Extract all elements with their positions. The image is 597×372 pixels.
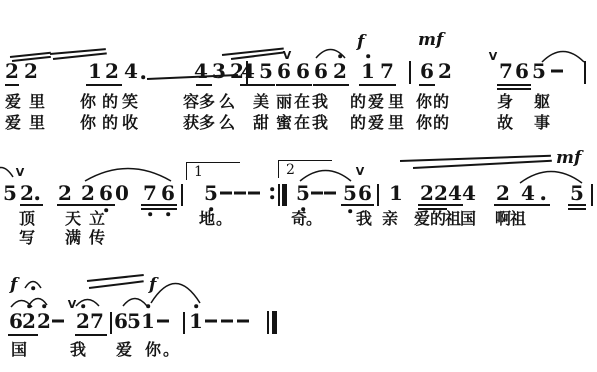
note-number: 6 xyxy=(99,182,113,204)
barline xyxy=(591,184,593,206)
note-number: 2 xyxy=(438,60,452,82)
slur-arc xyxy=(122,298,148,307)
lyric-char: 天 xyxy=(65,210,81,228)
barline xyxy=(584,61,586,84)
lyric-char: 。 xyxy=(306,210,322,228)
lyric-char: 里 xyxy=(388,114,404,132)
dynamic-mark: mf xyxy=(418,32,443,49)
beam-underline xyxy=(240,84,275,86)
lyric-char: 爱 xyxy=(5,114,21,132)
note-number: 6 xyxy=(515,60,529,82)
breath-mark: V xyxy=(16,167,25,178)
lyric-char: 的 xyxy=(430,210,446,228)
duration-dash xyxy=(324,192,336,195)
lyric-char: 的 xyxy=(433,114,449,132)
duration-dash xyxy=(237,320,249,323)
note-number: 3 xyxy=(212,60,226,82)
note-number: 6 xyxy=(277,60,291,82)
octave-dot xyxy=(141,75,145,79)
note-number: 6 xyxy=(358,182,372,204)
note-number: 7 xyxy=(499,60,513,82)
barline xyxy=(110,312,112,334)
barline xyxy=(377,184,379,206)
lyric-char: 事 xyxy=(534,114,550,132)
lyric-char: 我 xyxy=(312,93,328,111)
breath-mark: V xyxy=(356,166,365,177)
lyric-char: 躯 xyxy=(534,93,550,111)
note-number: 5 xyxy=(532,60,546,82)
music-score-page: 221244324566621762765fmfVV爱里你的笑容多么美丽在我的爱… xyxy=(0,0,597,372)
lyric-char: 么 xyxy=(219,93,235,111)
duration-dash xyxy=(52,320,64,323)
beam-underline xyxy=(8,334,38,336)
note-number: 1 xyxy=(189,310,203,332)
duration-dash xyxy=(220,192,232,195)
note-number: 1 xyxy=(88,60,102,82)
octave-dot xyxy=(348,209,352,213)
note-number: 7 xyxy=(90,310,104,332)
note-number: 2 xyxy=(420,182,434,204)
lyric-char: 丽 xyxy=(276,93,292,111)
hairpin-line xyxy=(89,280,144,288)
lyric-char: 爱 xyxy=(5,93,21,111)
lyric-char: 里 xyxy=(388,93,404,111)
lyric-char: 么 xyxy=(219,114,235,132)
note-number: 5 xyxy=(3,182,17,204)
dynamic-mark: mf xyxy=(556,150,581,167)
lyric-char: 的 xyxy=(433,93,449,111)
lyric-char: 在 xyxy=(294,114,310,132)
note-number: 2 xyxy=(105,60,119,82)
barline xyxy=(282,184,287,206)
lyric-char: 在 xyxy=(294,93,310,111)
octave-dot xyxy=(166,212,170,216)
barline xyxy=(181,184,183,206)
lyric-char: 多 xyxy=(199,114,215,132)
lyric-char: 获 xyxy=(183,114,199,132)
note-number: 1 xyxy=(361,60,375,82)
note-number: 6 xyxy=(420,60,434,82)
lyric-char: 亲 xyxy=(382,210,398,228)
lyric-char: 里 xyxy=(29,93,45,111)
beam-underline xyxy=(276,84,312,86)
volta-bracket: 1 xyxy=(186,162,240,180)
hairpin-line xyxy=(413,160,552,169)
duration-dash xyxy=(311,192,323,195)
lyric-char: 的 xyxy=(350,93,366,111)
beam-underline xyxy=(5,84,19,86)
note-number: 2 xyxy=(24,60,38,82)
duration-dash xyxy=(234,192,246,195)
beam-underline xyxy=(313,84,349,86)
slur-arc xyxy=(150,283,201,304)
duration-dash xyxy=(205,320,217,323)
note-number: 4 xyxy=(521,182,535,204)
barline xyxy=(183,312,185,334)
lyric-char: 身 xyxy=(497,93,513,111)
lyric-char: 爱 xyxy=(368,114,384,132)
lyric-char: 你 xyxy=(80,93,96,111)
breath-mark: V xyxy=(68,299,77,310)
octave-dot xyxy=(338,54,342,58)
volta-bracket: 2 xyxy=(278,160,332,178)
lyric-char: 祖 xyxy=(510,210,526,228)
note-number: 5 xyxy=(343,182,357,204)
lyric-char: 满 xyxy=(65,229,81,247)
note-number: 4 xyxy=(241,60,255,82)
octave-dot xyxy=(146,304,150,308)
lyric-char: 甜 xyxy=(253,114,269,132)
slur-arc xyxy=(541,51,585,63)
beam-underline xyxy=(497,84,531,86)
lyric-char: 故 xyxy=(497,114,513,132)
note-number: 4 xyxy=(124,60,138,82)
beam-underline xyxy=(419,84,435,86)
breath-mark: V xyxy=(489,51,498,62)
lyric-char: 蜜 xyxy=(276,114,292,132)
lyric-char: 的 xyxy=(102,114,118,132)
octave-dot xyxy=(35,196,39,200)
note-number: 6 xyxy=(161,182,175,204)
lyric-char: 爱 xyxy=(414,210,430,228)
dynamic-mark: f xyxy=(357,34,364,51)
note-number: 1 xyxy=(141,310,155,332)
octave-dot xyxy=(194,304,198,308)
lyric-char: 传 xyxy=(89,229,105,247)
lyric-char: 地 xyxy=(199,210,215,228)
octave-dot xyxy=(541,196,545,200)
beam-underline xyxy=(497,88,531,90)
beam-underline xyxy=(196,84,212,86)
note-number: 6 xyxy=(9,310,23,332)
lyric-char: 顶 xyxy=(19,210,35,228)
lyric-char: 你 xyxy=(416,93,432,111)
slur-arc xyxy=(84,168,172,182)
note-number: 7 xyxy=(380,60,394,82)
note-number: 4 xyxy=(448,182,462,204)
lyric-char: 你 xyxy=(145,341,161,359)
slur-arc xyxy=(75,299,100,307)
note-number: 2 xyxy=(333,60,347,82)
note-number: 2 xyxy=(81,182,95,204)
lyric-char: 啊 xyxy=(495,210,511,228)
note-number: 5 xyxy=(127,310,141,332)
note-number: 1 xyxy=(389,182,403,204)
beam-underline xyxy=(75,334,107,336)
dynamic-mark: f xyxy=(149,277,156,294)
octave-dot xyxy=(270,187,274,191)
octave-dot xyxy=(31,286,35,290)
barline xyxy=(267,311,269,334)
lyric-char: 爱 xyxy=(116,341,132,359)
note-number: 6 xyxy=(114,310,128,332)
lyric-char: 笑 xyxy=(122,93,138,111)
octave-dot xyxy=(27,304,31,308)
beam-underline xyxy=(141,208,177,210)
beam-underline xyxy=(86,84,122,86)
lyric-char: 立 xyxy=(89,210,105,228)
beam-underline xyxy=(359,84,396,86)
lyric-char: 奇 xyxy=(291,210,307,228)
lyric-char: 的 xyxy=(350,114,366,132)
lyric-char: 收 xyxy=(122,114,138,132)
duration-dash xyxy=(551,70,563,73)
lyric-char: 爱 xyxy=(368,93,384,111)
octave-dot xyxy=(270,195,274,199)
note-number: 5 xyxy=(570,182,584,204)
note-number: 2 xyxy=(496,182,510,204)
lyric-char: 祖 xyxy=(445,210,461,228)
note-number: 4 xyxy=(194,60,208,82)
lyric-char: 。 xyxy=(163,341,179,359)
note-number: 6 xyxy=(296,60,310,82)
lyric-char: 写 xyxy=(19,229,35,247)
note-number: 6 xyxy=(314,60,328,82)
lyric-char: 里 xyxy=(29,114,45,132)
volta-number: 1 xyxy=(194,164,203,180)
volta-number: 2 xyxy=(286,162,295,178)
beam-underline xyxy=(568,208,586,210)
note-number: 2 xyxy=(5,60,19,82)
lyric-char: 我 xyxy=(356,210,372,228)
note-number: 2 xyxy=(434,182,448,204)
note-number: 4 xyxy=(462,182,476,204)
barline xyxy=(272,311,277,334)
lyric-char: 国 xyxy=(460,210,476,228)
lyric-char: 多 xyxy=(199,93,215,111)
barline xyxy=(409,61,411,84)
lyric-char: 美 xyxy=(253,93,269,111)
octave-dot xyxy=(42,304,46,308)
lyric-char: 我 xyxy=(70,341,86,359)
breath-mark: V xyxy=(283,50,292,61)
slur-arc xyxy=(0,167,14,178)
lyric-char: 我 xyxy=(312,114,328,132)
note-number: 2 xyxy=(22,310,36,332)
note-number: 5 xyxy=(259,60,273,82)
note-number: 2 xyxy=(37,310,51,332)
lyric-char: 。 xyxy=(216,210,232,228)
lyric-char: 容 xyxy=(183,93,199,111)
note-number: 0 xyxy=(115,182,129,204)
duration-dash xyxy=(157,320,169,323)
note-number: 2 xyxy=(76,310,90,332)
lyric-char: 的 xyxy=(102,93,118,111)
octave-dot xyxy=(81,304,85,308)
octave-dot xyxy=(148,212,152,216)
duration-dash xyxy=(221,320,233,323)
lyric-char: 你 xyxy=(416,114,432,132)
barline xyxy=(278,184,280,206)
dynamic-mark: f xyxy=(10,277,17,294)
note-number: 7 xyxy=(143,182,157,204)
lyric-char: 国 xyxy=(11,341,27,359)
octave-dot xyxy=(366,54,370,58)
note-number: 2 xyxy=(20,182,34,204)
note-number: 2 xyxy=(58,182,72,204)
note-number: 5 xyxy=(204,182,218,204)
note-number: 5 xyxy=(296,182,310,204)
duration-dash xyxy=(248,192,260,195)
lyric-char: 你 xyxy=(80,114,96,132)
